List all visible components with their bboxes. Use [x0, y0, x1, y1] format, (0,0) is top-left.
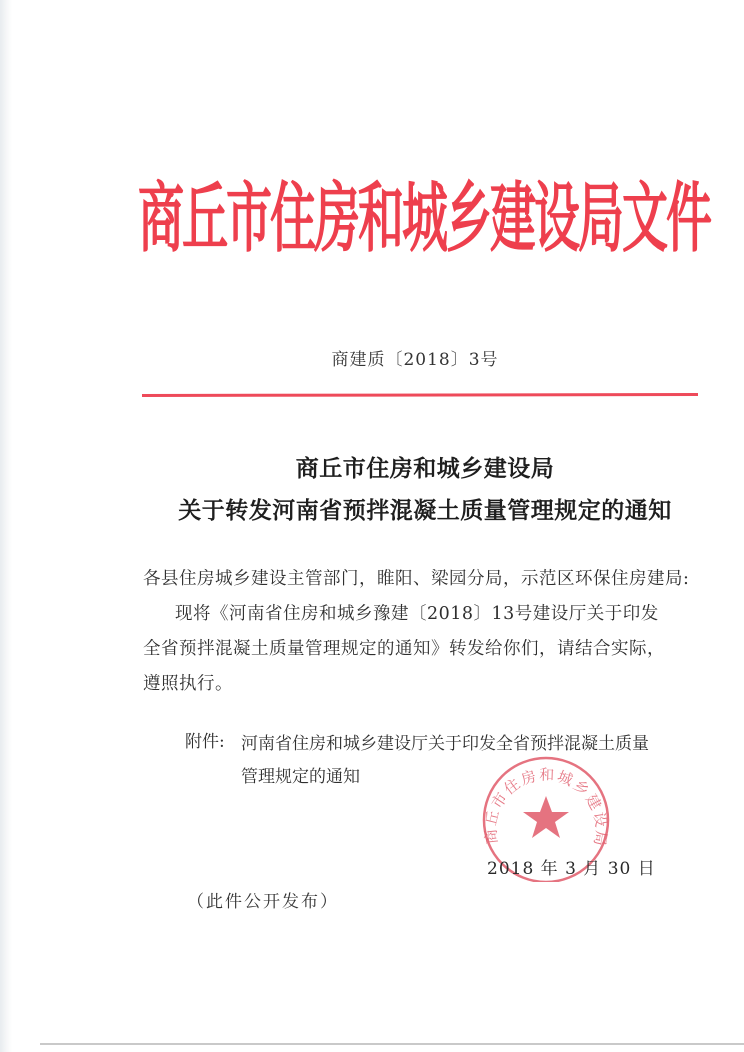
body-paragraph-line: 遵照执行。	[143, 667, 703, 702]
title-issuer: 商丘市住房和城乡建设局	[140, 450, 710, 483]
addressee: 各县住房城乡建设主管部门，睢阳、梁园分局，示范区环保住房建局:	[143, 562, 703, 597]
attachment-title-cont: 管理规定的通知	[241, 762, 360, 787]
document-number: 商建质〔2018〕3号	[300, 345, 530, 370]
red-divider-line	[142, 393, 698, 397]
body-paragraph-line: 全省预拌混凝土质量管理规定的通知》转发给你们，请结合实际，	[143, 632, 703, 667]
title-subject: 关于转发河南省预拌混凝土质量管理规定的通知	[140, 492, 710, 525]
issue-date: 2018 年 3 月 30 日	[487, 854, 656, 879]
scan-edge	[0, 0, 12, 1052]
public-release-note: （此件公开发布）	[187, 887, 339, 912]
body-paragraph-line: 现将《河南省住房和城乡豫建〔2018〕13号建设厅关于印发	[175, 597, 735, 632]
document-masthead: 商丘市住房和城乡建设局文件	[138, 142, 708, 294]
scan-edge	[40, 1043, 744, 1045]
attachment-label: 附件:	[185, 727, 225, 752]
